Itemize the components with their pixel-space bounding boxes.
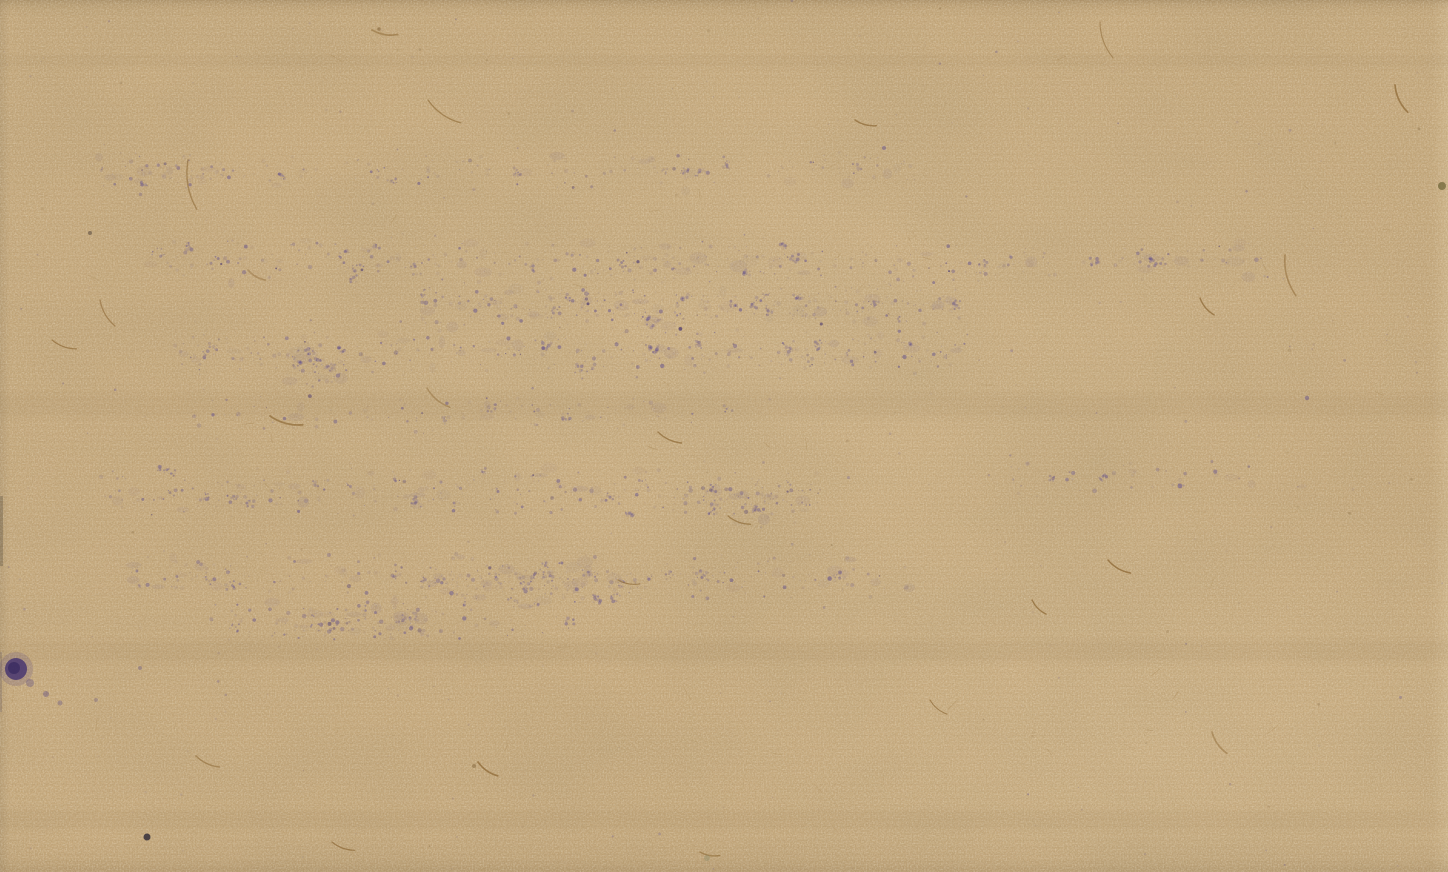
ink-scatter-field xyxy=(3,0,1448,870)
ink-bleed-band xyxy=(173,328,965,375)
paper-sheet xyxy=(0,0,1448,872)
ink-bleed-band xyxy=(144,238,1269,288)
ink-bleed-band xyxy=(420,556,622,605)
ink-blots xyxy=(0,27,1446,861)
edge-mark xyxy=(0,652,2,712)
ink-blot xyxy=(472,764,476,768)
ink-bleed-band xyxy=(191,394,733,434)
edge-mark xyxy=(0,496,3,566)
ink-bleed-band xyxy=(201,595,575,640)
ink-blot xyxy=(1438,182,1446,190)
ink-blot xyxy=(144,834,151,841)
ink-blot xyxy=(704,855,710,861)
ink-blot xyxy=(94,698,98,702)
ink-blot xyxy=(1305,396,1309,400)
ink-bleed-band xyxy=(99,463,821,518)
paper-fibers xyxy=(12,11,1448,872)
ink-blot xyxy=(88,231,92,235)
ink-bleed-band xyxy=(988,460,1307,497)
ink-bleed-band xyxy=(299,603,428,640)
ink-blot xyxy=(377,27,381,31)
ink-marks-layer xyxy=(0,0,1448,872)
ink-blot xyxy=(138,666,142,670)
ink-bleed-band xyxy=(420,281,961,333)
ink-blot xyxy=(1178,484,1183,489)
ink-blot xyxy=(58,701,63,706)
ink-blot xyxy=(43,691,49,697)
ink-blot xyxy=(8,662,20,674)
ink-blot xyxy=(882,146,886,150)
ink-blot xyxy=(26,679,34,687)
